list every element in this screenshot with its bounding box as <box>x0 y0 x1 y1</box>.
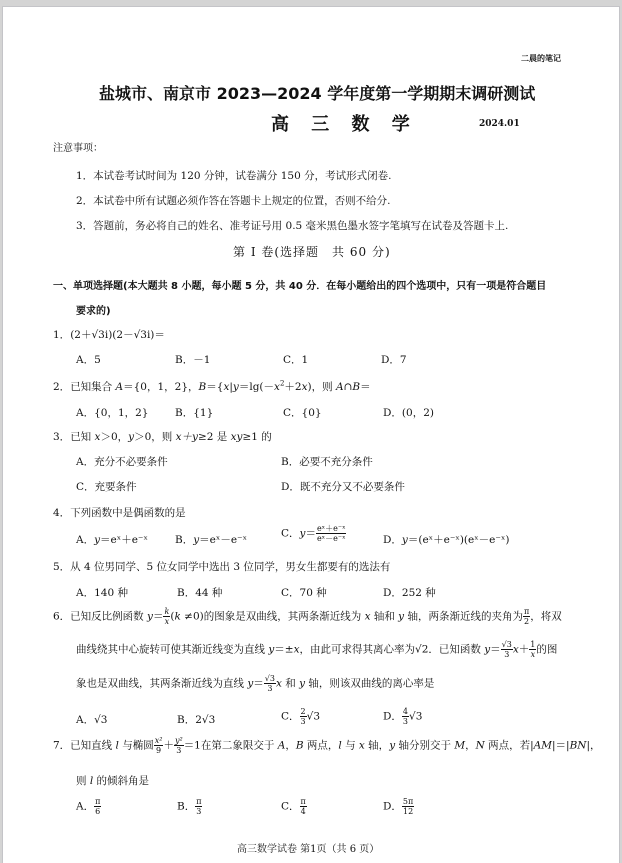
question-6-option-d: D．43√3 <box>383 707 422 726</box>
notice-item: 3．答题前，务必将自己的姓名、准考证号用 0.5 毫米黑色墨水签字笔填写在试卷及… <box>76 218 508 233</box>
question-5-option-c: C．70 种 <box>281 585 327 600</box>
fraction: π6 <box>94 797 101 816</box>
question-4-stem: 4．下列函数中是偶函数的是 <box>53 505 186 520</box>
question-3-option-d: D．既不充分又不必要条件 <box>281 479 405 494</box>
question-1-stem: 1．(2＋√3i)(2－√3i)＝ <box>53 327 165 342</box>
subject-title: 高 三 数 学 <box>271 110 418 136</box>
question-3-option-b: B．必要不充分条件 <box>281 454 373 469</box>
fraction: x²9 <box>154 736 164 755</box>
question-2-option-d: D．(0，2) <box>383 405 434 420</box>
question-2-option-c: C．{0} <box>283 405 322 420</box>
question-7-stem-line-1: 7．已知直线 l 与椭圆x²9＋y²3＝1在第二象限交于 A，B 两点，l 与 … <box>53 736 601 755</box>
question-6-option-c: C．23√3 <box>281 707 320 726</box>
question-4-option-d: D．y＝(eˣ＋e⁻ˣ)(eˣ－e⁻ˣ) <box>383 532 510 547</box>
section-heading-cont: 要求的) <box>76 302 111 317</box>
question-7-option-a: A．π6 <box>76 797 101 816</box>
question-3-option-a: A．充分不必要条件 <box>76 454 168 469</box>
question-3-option-c: C．充要条件 <box>76 479 137 494</box>
question-1-option-b: B．－1 <box>175 352 210 367</box>
fraction: √33 <box>264 674 276 693</box>
question-5-option-a: A．140 种 <box>76 585 128 600</box>
question-3-stem: 3．已知 x＞0，y＞0，则 x＋y≥2 是 xy≥1 的 <box>53 429 272 444</box>
question-4-option-c: C．y＝eˣ＋e⁻ˣeˣ－e⁻ˣ <box>281 524 346 543</box>
watermark-note-tag: 二晨的笔记 <box>521 53 561 64</box>
question-2-option-b: B．{1} <box>175 405 213 420</box>
exam-page: 二晨的笔记 盐城市、南京市 2023—2024 学年度第一学期期末调研测试 高 … <box>2 6 620 863</box>
part-title: 第 Ⅰ 卷(选择题 共 60 分) <box>233 243 391 260</box>
question-1-option-c: C．1 <box>283 352 308 367</box>
question-6-stem-line-1: 6．已知反比例函数 y＝kx(k ≠0)的图象是双曲线，其两条渐近线为 x 轴和… <box>53 607 562 626</box>
question-7-option-d: D．5π12 <box>383 797 414 816</box>
question-6-stem-line-2: 曲线绕其中心旋转可使其渐近线变为直线 y＝±x，由此可求得其离心率为√2．已知函… <box>76 640 557 659</box>
fraction: eˣ＋e⁻ˣeˣ－e⁻ˣ <box>316 524 346 543</box>
fraction: 43 <box>402 707 409 726</box>
fraction: 23 <box>300 707 307 726</box>
question-7-option-b: B．π3 <box>177 797 202 816</box>
fraction: √33 <box>501 640 513 659</box>
notices-heading: 注意事项： <box>53 139 103 154</box>
question-5-stem: 5．从 4 位男同学、5 位女同学中选出 3 位同学，男女生都要有的选法有 <box>53 559 390 574</box>
question-6-stem-line-3: 象也是双曲线，其两条渐近线为直线 y＝√33x 和 y 轴，则该双曲线的离心率是 <box>76 674 434 693</box>
question-2-option-a: A．{0，1，2} <box>76 405 149 420</box>
question-7-option-c: C．π4 <box>281 797 307 816</box>
page-footer: 高三数学试卷 第1页（共 6 页） <box>237 840 379 855</box>
question-5-option-d: D．252 种 <box>383 585 436 600</box>
question-5-option-b: B．44 种 <box>177 585 222 600</box>
question-1-option-d: D．7 <box>381 352 407 367</box>
question-1-option-a: A．5 <box>76 352 101 367</box>
question-7-stem-line-2: 则 l 的倾斜角是 <box>76 773 149 788</box>
question-2-stem: 2．已知集合 A＝{0，1，2}，B＝{x|y＝lg(－x2＋2x)，则 A∩B… <box>53 379 371 394</box>
fraction: π4 <box>300 797 307 816</box>
exam-title: 盐城市、南京市 2023—2024 学年度第一学期期末调研测试 <box>99 81 535 104</box>
notice-item: 2．本试卷中所有试题必须作答在答题卡上规定的位置，否则不给分. <box>76 193 391 208</box>
exam-date: 2024.01 <box>479 119 520 129</box>
section-heading: 一、单项选择题(本大题共 8 小题，每小题 5 分，共 40 分．在每小题给出的… <box>53 277 546 292</box>
notice-item: 1．本试卷考试时间为 120 分钟，试卷满分 150 分，考试形式闭卷. <box>76 168 391 183</box>
fraction: y²3 <box>174 736 184 755</box>
fraction: 5π12 <box>402 797 414 816</box>
question-6-option-a: A．√3 <box>76 712 107 727</box>
question-4-option-a: A．y＝eˣ＋e⁻ˣ <box>76 532 148 547</box>
fraction: π3 <box>195 797 202 816</box>
question-4-option-b: B．y＝eˣ－e⁻ˣ <box>175 532 247 547</box>
question-6-option-b: B．2√3 <box>177 712 215 727</box>
